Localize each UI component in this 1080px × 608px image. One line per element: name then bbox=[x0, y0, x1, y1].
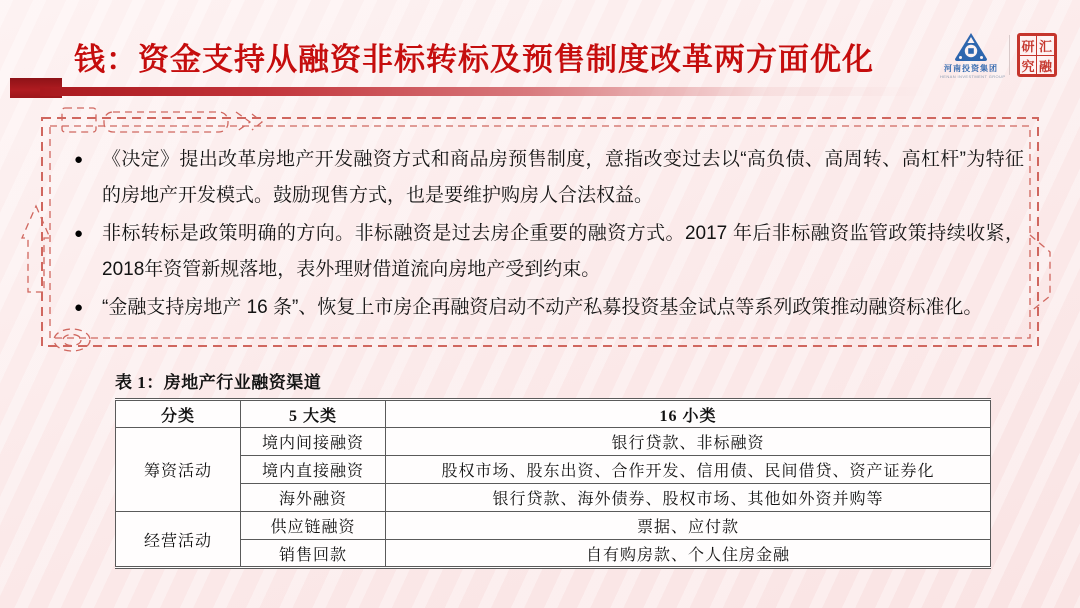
items-cell: 股权市场、股东出资、合作开发、信用债、民间借贷、资产证券化 bbox=[386, 456, 991, 484]
logo-divider bbox=[1009, 35, 1010, 75]
company-name-en: HENAN INVESTMENT GROUP bbox=[940, 74, 1002, 79]
slide: 钱：资金支持从融资非标转标及预售制度改革两方面优化 河南投资集团 HENAN I… bbox=[0, 0, 1080, 608]
header-category: 分类 bbox=[116, 400, 241, 428]
bullet-list: ● 《决定》提出改革房地产开发融资方式和商品房预售制度，意指改变过去以“高负债、… bbox=[72, 142, 1024, 326]
items-cell: 票据、应付款 bbox=[386, 512, 991, 540]
bullet-item: ● 非标转标是政策明确的方向。非标融资是过去房企重要的融资方式。2017 年后非… bbox=[72, 216, 1024, 288]
category-cell: 经营活动 bbox=[116, 512, 241, 568]
title-ribbon-bar bbox=[40, 87, 930, 96]
header-minor-class: 16 小类 bbox=[386, 400, 991, 428]
seal-char: 汇 bbox=[1037, 36, 1054, 56]
items-cell: 银行贷款、非标融资 bbox=[386, 428, 991, 456]
bullet-item: ● 《决定》提出改革房地产开发融资方式和商品房预售制度，意指改变过去以“高负债、… bbox=[72, 142, 1024, 214]
bullet-box: ● 《决定》提出改革房地产开发融资方式和商品房预售制度，意指改变过去以“高负债、… bbox=[72, 142, 1024, 328]
research-seal-icon: 研 汇 究 融 bbox=[1017, 33, 1057, 77]
channel-cell: 境内直接融资 bbox=[241, 456, 386, 484]
bullet-text: “金融支持房地产 16 条”、恢复上市房企再融资启动不动产私募投资基金试点等系列… bbox=[102, 297, 982, 318]
channel-cell: 海外融资 bbox=[241, 484, 386, 512]
category-cell: 筹资活动 bbox=[116, 428, 241, 512]
seal-char: 研 bbox=[1020, 36, 1037, 56]
financing-channels-table: 分类 5 大类 16 小类 筹资活动 境内间接融资 银行贷款、非标融资 境内直接… bbox=[115, 398, 991, 569]
page-title: 钱：资金支持从融资非标转标及预售制度改革两方面优化 bbox=[74, 34, 914, 79]
seal-char: 究 bbox=[1020, 56, 1037, 75]
bullet-icon: ● bbox=[74, 142, 83, 178]
items-cell: 自有购房款、个人住房金融 bbox=[386, 540, 991, 568]
seal-char: 融 bbox=[1037, 56, 1054, 75]
table-row: 经营活动 供应链融资 票据、应付款 bbox=[116, 512, 991, 540]
bullet-text: 《决定》提出改革房地产开发融资方式和商品房预售制度，意指改变过去以“高负债、高周… bbox=[102, 149, 1024, 206]
channel-cell: 境内间接融资 bbox=[241, 428, 386, 456]
financing-table-area: 表 1：房地产行业融资渠道 分类 5 大类 16 小类 筹资活动 境内间接融资 … bbox=[115, 368, 991, 569]
bullet-icon: ● bbox=[74, 290, 83, 326]
bullet-item: ● “金融支持房地产 16 条”、恢复上市房企再融资启动不动产私募投资基金试点等… bbox=[72, 290, 1024, 326]
company-name: 河南投资集团 bbox=[940, 63, 1002, 74]
triangle-emblem-icon bbox=[954, 32, 988, 62]
table-row: 境内直接融资 股权市场、股东出资、合作开发、信用债、民间借贷、资产证券化 bbox=[116, 456, 991, 484]
header-major-class: 5 大类 bbox=[241, 400, 386, 428]
bullet-icon: ● bbox=[74, 216, 83, 252]
channel-cell: 供应链融资 bbox=[241, 512, 386, 540]
table-header-row: 分类 5 大类 16 小类 bbox=[116, 400, 991, 428]
company-logo: 河南投资集团 HENAN INVESTMENT GROUP bbox=[940, 32, 1002, 79]
table-row: 筹资活动 境内间接融资 银行贷款、非标融资 bbox=[116, 428, 991, 456]
channel-cell: 销售回款 bbox=[241, 540, 386, 568]
logo-group: 河南投资集团 HENAN INVESTMENT GROUP 研 汇 究 融 bbox=[940, 27, 1058, 83]
bullet-text: 非标转标是政策明确的方向。非标融资是过去房企重要的融资方式。2017 年后非标融… bbox=[102, 223, 1024, 280]
table-row: 销售回款 自有购房款、个人住房金融 bbox=[116, 540, 991, 568]
items-cell: 银行贷款、海外债券、股权市场、其他如外资并购等 bbox=[386, 484, 991, 512]
table-row: 海外融资 银行贷款、海外债券、股权市场、其他如外资并购等 bbox=[116, 484, 991, 512]
table-title: 表 1：房地产行业融资渠道 bbox=[115, 368, 991, 393]
